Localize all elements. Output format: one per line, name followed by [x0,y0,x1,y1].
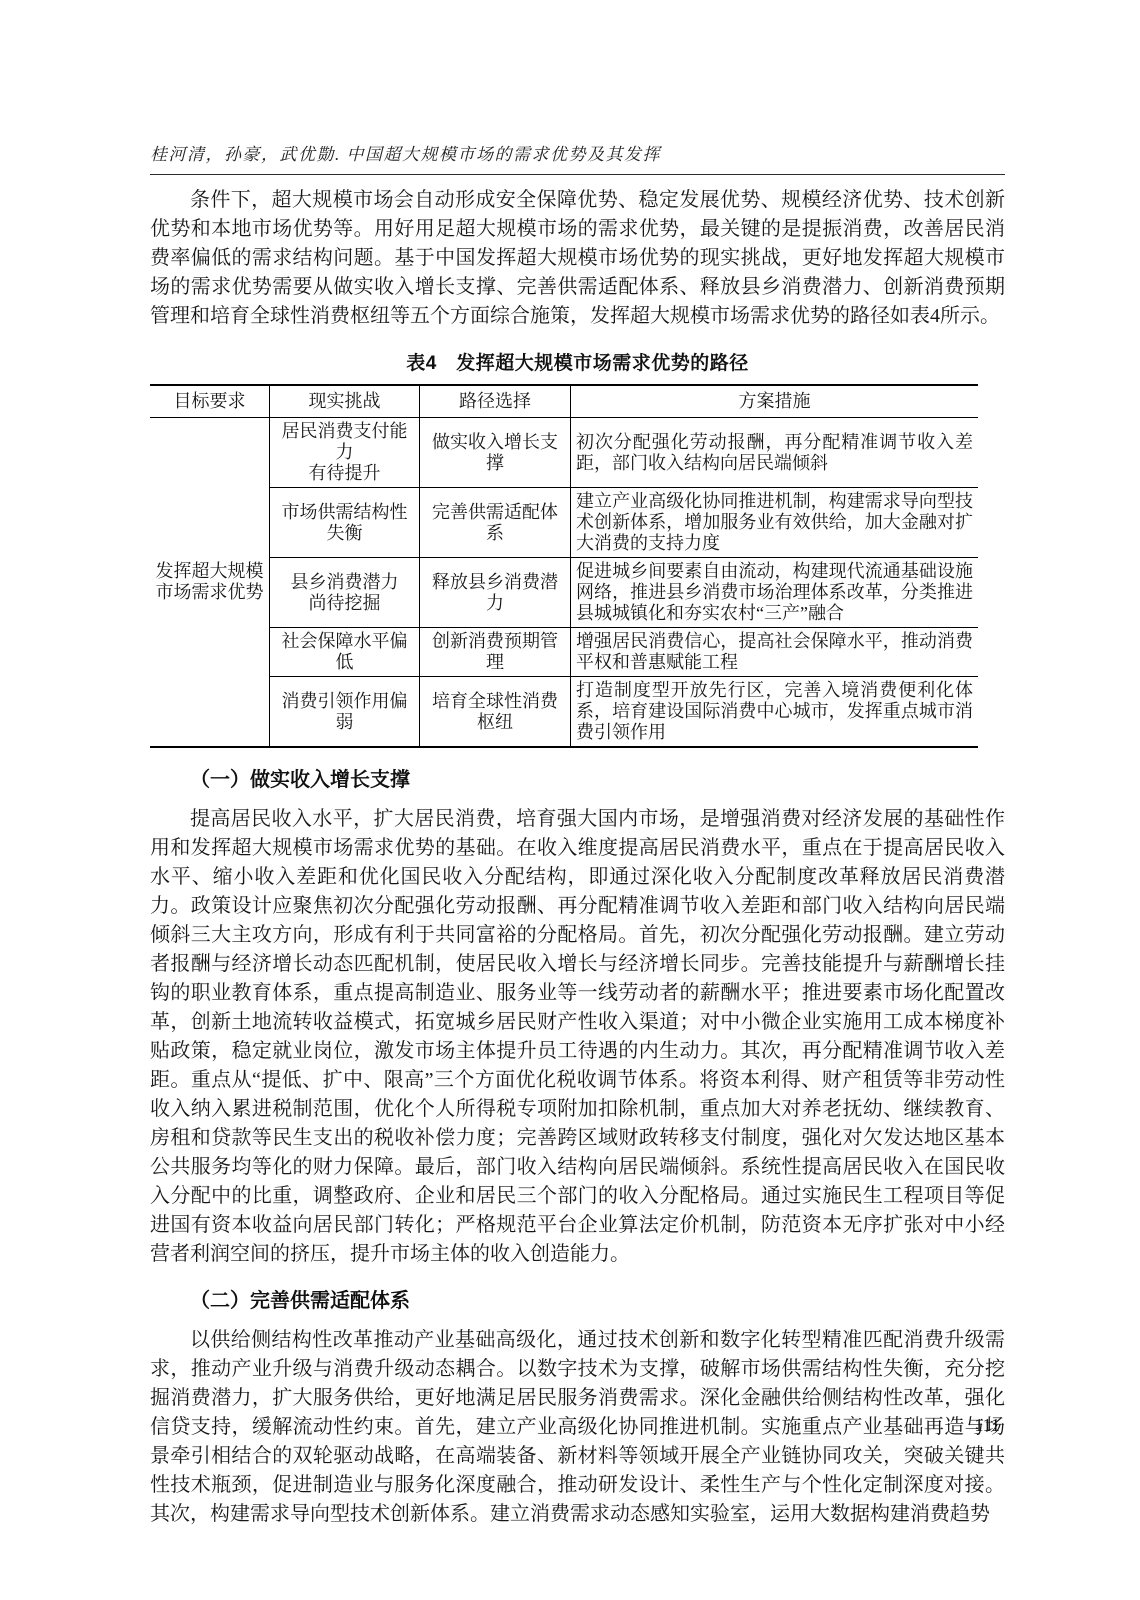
measures-cell: 增强居民消费信心，提高社会保障水平，推动消费平权和普惠赋能工程 [571,628,979,677]
col-header-challenge: 现实挑战 [270,385,420,418]
section-paragraph-1: 提高居民收入水平，扩大居民消费，培育强大国内市场，是增强消费对经济发展的基础性作… [150,805,1005,1269]
table-header-row: 目标要求 现实挑战 路径选择 方案措施 [150,385,978,418]
challenge-cell: 居民消费支付能力 有待提升 [270,418,420,488]
page-number: 111 [974,1415,1000,1436]
table-row: 消费引领作用偏弱 培育全球性消费 枢纽 打造制度型开放先行区，完善入境消费便利化… [150,677,978,748]
challenge-cell: 市场供需结构性 失衡 [270,488,420,558]
paper-page: 桂河清，孙豪，武优勚. 中国超大规模市场的需求优势及其发挥 条件下，超大规模市场… [0,0,1140,1600]
path-cell: 创新消费预期管理 [420,628,571,677]
path-cell: 完善供需适配体系 [420,488,571,558]
intro-paragraph: 条件下，超大规模市场会自动形成安全保障优势、稳定发展优势、规模经济优势、技术创新… [150,186,1005,331]
measures-cell: 促进城乡间要素自由流动，构建现代流通基础设施网络，推进县乡消费市场治理体系改革，… [571,558,979,628]
header-rule [150,174,1005,175]
table-row: 社会保障水平偏低 创新消费预期管理 增强居民消费信心，提高社会保障水平，推动消费… [150,628,978,677]
measures-cell: 建立产业高级化协同推进机制，构建需求导向型技术创新体系，增加服务业有效供给，加大… [571,488,979,558]
col-header-goal: 目标要求 [150,385,270,418]
goal-cell: 发挥超大规模 市场需求优势 [150,418,270,748]
challenge-cell: 社会保障水平偏低 [270,628,420,677]
challenge-cell: 消费引领作用偏弱 [270,677,420,748]
table-row: 县乡消费潜力 尚待挖掘 释放县乡消费潜力 促进城乡间要素自由流动，构建现代流通基… [150,558,978,628]
measures-cell: 初次分配强化劳动报酬，再分配精准调节收入差距，部门收入结构向居民端倾斜 [571,418,979,488]
table-row: 市场供需结构性 失衡 完善供需适配体系 建立产业高级化协同推进机制，构建需求导向… [150,488,978,558]
section-heading-1: （一）做实收入增长支撑 [150,767,1005,794]
col-header-measures: 方案措施 [571,385,979,418]
paths-table: 目标要求 现实挑战 路径选择 方案措施 发挥超大规模 市场需求优势 居民消费支付… [150,384,978,748]
page-content: 桂河清，孙豪，武优勚. 中国超大规模市场的需求优势及其发挥 条件下，超大规模市场… [150,0,1005,1529]
challenge-cell: 县乡消费潜力 尚待挖掘 [270,558,420,628]
path-cell: 培育全球性消费 枢纽 [420,677,571,748]
col-header-path: 路径选择 [420,385,571,418]
section-heading-2: （二）完善供需适配体系 [150,1288,1005,1315]
table-row: 发挥超大规模 市场需求优势 居民消费支付能力 有待提升 做实收入增长支撑 初次分… [150,418,978,488]
path-cell: 做实收入增长支撑 [420,418,571,488]
section-paragraph-2: 以供给侧结构性改革推动产业基础高级化，通过技术创新和数字化转型精准匹配消费升级需… [150,1326,1005,1529]
measures-cell: 打造制度型开放先行区，完善入境消费便利化体系，培育建设国际消费中心城市，发挥重点… [571,677,979,748]
path-cell: 释放县乡消费潜力 [420,558,571,628]
table-caption: 表4 发挥超大规模市场需求优势的路径 [150,348,1005,375]
running-head: 桂河清，孙豪，武优勚. 中国超大规模市场的需求优势及其发挥 [150,140,1005,165]
